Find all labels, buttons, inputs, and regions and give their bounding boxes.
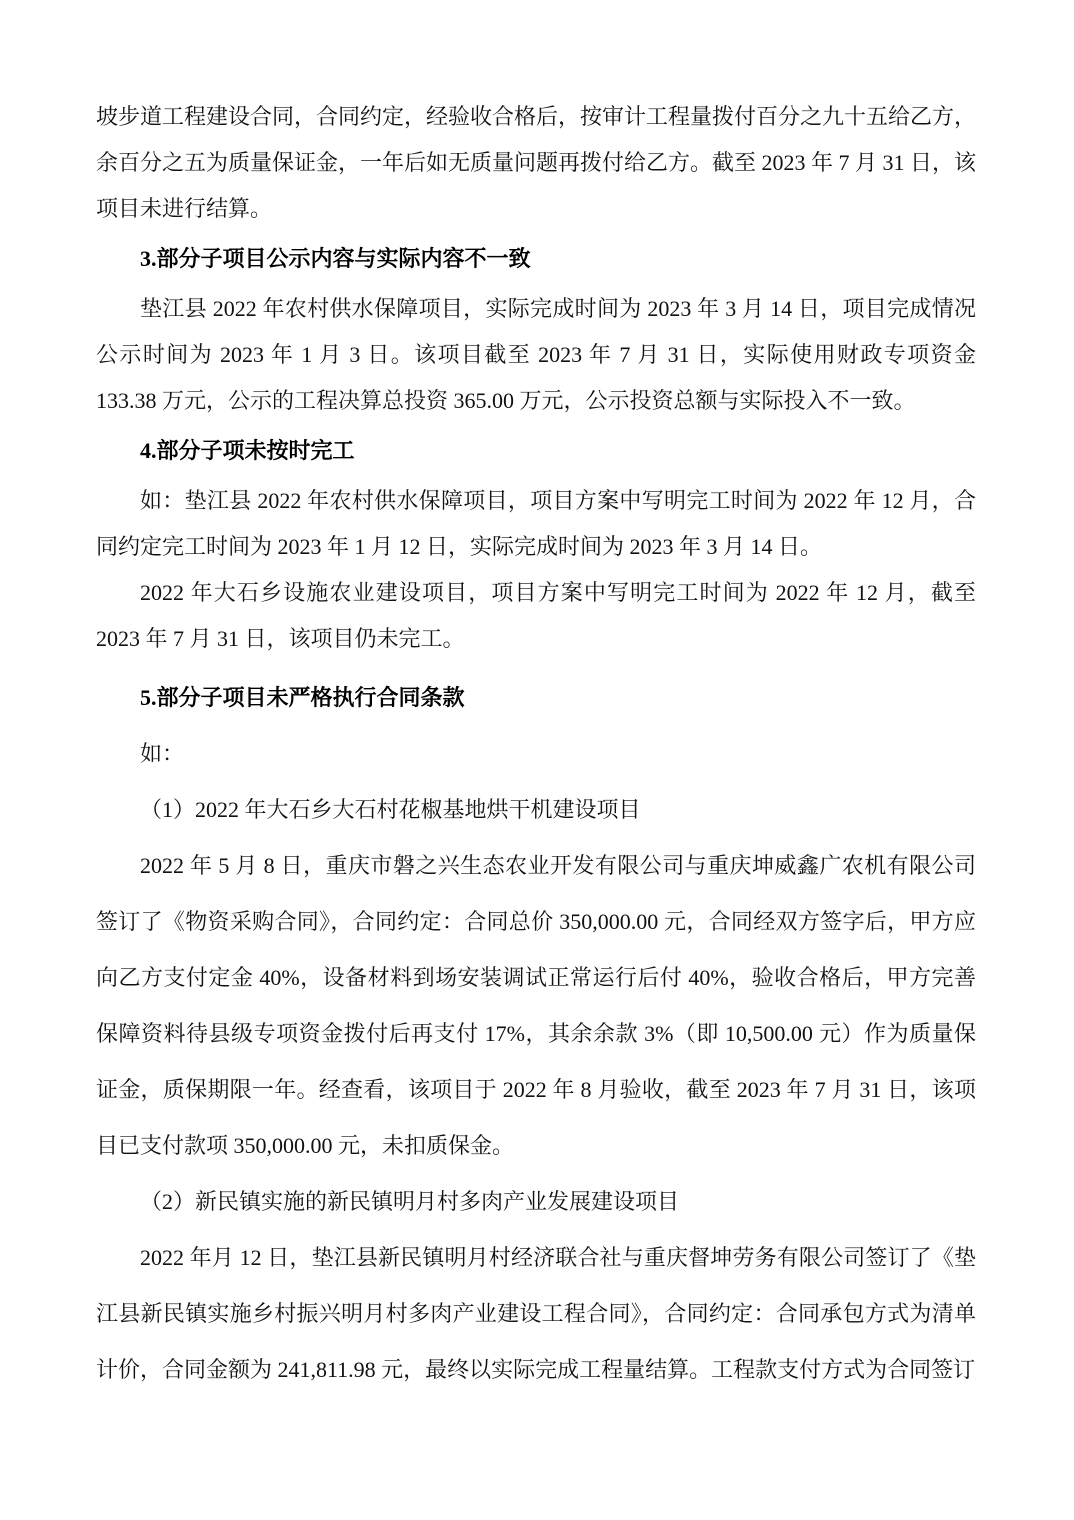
section-heading: 4.部分子项未按时完工: [96, 428, 976, 474]
body-paragraph: 坡步道工程建设合同，合同约定，经验收合格后，按审计工程量拨付百分之九十五给乙方，…: [96, 94, 976, 232]
document-content: 坡步道工程建设合同，合同约定，经验收合格后，按审计工程量拨付百分之九十五给乙方，…: [0, 0, 1074, 1398]
document-page: 坡步道工程建设合同，合同约定，经验收合格后，按审计工程量拨付百分之九十五给乙方，…: [0, 0, 1074, 1520]
body-paragraph: 2022 年大石乡设施农业建设项目，项目方案中写明完工时间为 2022 年 12…: [96, 570, 976, 662]
body-paragraph: （2）新民镇实施的新民镇明月村多肉产业发展建设项目: [96, 1174, 976, 1230]
body-paragraph: 垫江县 2022 年农村供水保障项目，实际完成时间为 2023 年 3 月 14…: [96, 286, 976, 424]
body-paragraph: 2022 年 5 月 8 日，重庆市磐之兴生态农业开发有限公司与重庆坤威鑫广农机…: [96, 838, 976, 1174]
body-paragraph: （1）2022 年大石乡大石村花椒基地烘干机建设项目: [96, 782, 976, 838]
body-paragraph: 2022 年月 12 日，垫江县新民镇明月村经济联合社与重庆督坤劳务有限公司签订…: [96, 1230, 976, 1398]
section-heading: 3.部分子项目公示内容与实际内容不一致: [96, 236, 976, 282]
body-paragraph: 如：: [96, 726, 976, 782]
body-paragraph: 如：垫江县 2022 年农村供水保障项目，项目方案中写明完工时间为 2022 年…: [96, 478, 976, 570]
section-heading: 5.部分子项目未严格执行合同条款: [96, 670, 976, 726]
